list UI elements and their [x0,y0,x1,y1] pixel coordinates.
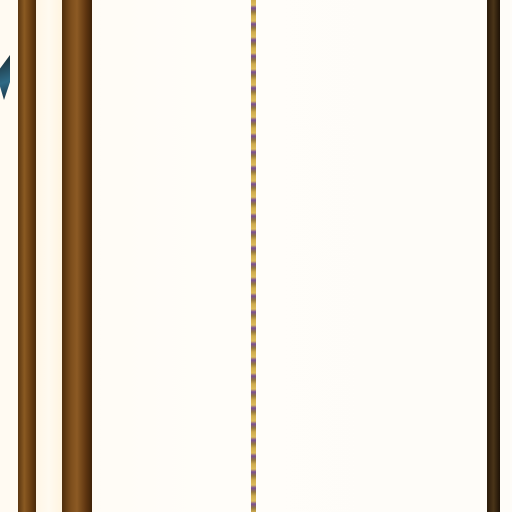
wooden-stick-left [18,0,36,512]
dark-stick-right [487,0,500,512]
light-gap [36,0,62,512]
wooden-stick-thick [62,0,92,512]
colored-thread [251,0,256,512]
